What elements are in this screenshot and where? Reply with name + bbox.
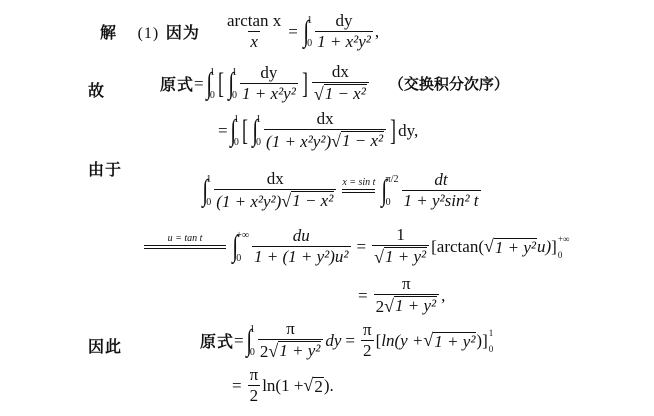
equation-1: arctan x x = ∫ 10 dy 1 + x²y² , [223, 12, 379, 51]
substitution-arrow: u = tan t [144, 233, 226, 261]
label-because: 因为 [166, 23, 200, 42]
label-since: 由于 [88, 157, 122, 180]
evaluation-bounds: +∞0 [558, 234, 570, 260]
equation-6: u = tan t ∫ +∞0 du 1 + (1 + y²)u² = 1 √1… [140, 226, 569, 267]
fraction-dy: dy 1 + x²y² [315, 12, 373, 51]
label-therefore: 故 [88, 78, 105, 101]
integral-sign: ∫ π/20 [380, 174, 398, 208]
equation-2: 原式 = ∫ 10 [ ∫ 10 dy 1 + x²y² ] dx √1 − x… [160, 63, 509, 104]
integral-sign: ∫ 10 [302, 15, 312, 49]
part-number: (1) [138, 25, 160, 42]
integral-sign: ∫ 10 [227, 67, 237, 101]
integral-sign: ∫ 10 [229, 114, 239, 148]
substitution-arrow: x = sin t [342, 177, 375, 205]
equation-8: 原式 = ∫ 10 π 2√1 + y² dy = π 2 [ln(y + √1… [200, 320, 493, 361]
swap-order-note: （交换积分次序） [389, 73, 509, 94]
integral-sign: ∫ 10 [245, 324, 255, 358]
equation-5: ∫ 10 dx (1 + x²y²)√1 − x² x = sin t ∫ π/… [200, 170, 483, 211]
integral-sign: ∫ 10 [205, 67, 215, 101]
equation-9: = π 2 ln(1 + √2). [232, 366, 334, 405]
label-hence: 因此 [88, 334, 122, 357]
evaluation-bounds: 10 [489, 328, 494, 354]
integral-sign: ∫ +∞0 [231, 230, 249, 264]
label-original: 原式 [200, 329, 234, 352]
label-jie: 解 [100, 23, 117, 42]
solution-label: 解 (1) 因为 [100, 20, 200, 43]
fraction-arctan: arctan x x [225, 12, 283, 51]
equation-3: = ∫ 10 [ ∫ 10 dx (1 + x²y²)√1 − x² ] dy, [218, 110, 418, 151]
equation-7: = π 2√1 + y² , [358, 275, 445, 316]
integral-sign: ∫ 10 [251, 114, 261, 148]
label-original: 原式 [160, 72, 194, 95]
integral-sign: ∫ 10 [201, 174, 211, 208]
